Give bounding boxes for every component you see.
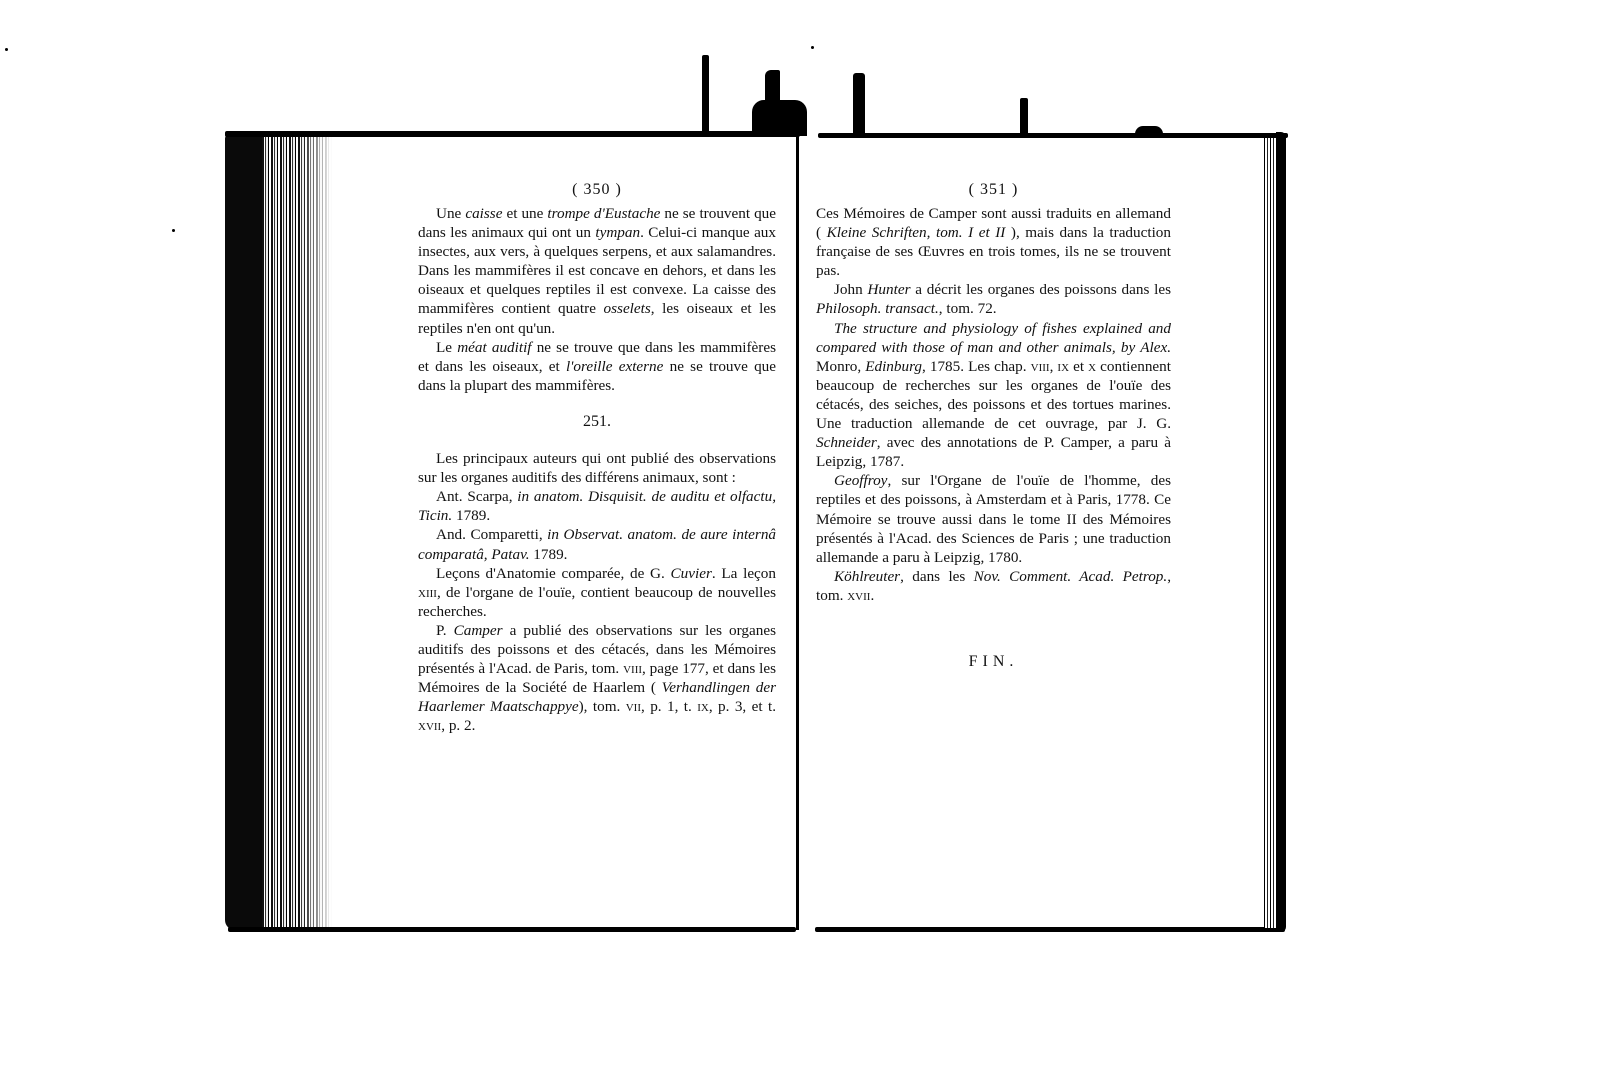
roman-numeral: xvii bbox=[847, 587, 870, 604]
italic-text: Verhandlingen der Haarlemer Maatschappye bbox=[418, 679, 776, 715]
italic-text: Camper bbox=[454, 622, 503, 639]
left-paragraphs: Une caisse et une trompe d'Eustache ne s… bbox=[418, 204, 776, 395]
right-page-text: ( 351 ) Ces Mémoires de Camper sont auss… bbox=[816, 180, 1171, 671]
scan-speck bbox=[811, 46, 814, 49]
roman-numeral: ix bbox=[697, 698, 709, 715]
italic-text: tympan bbox=[595, 224, 640, 241]
paragraph: Une caisse et une trompe d'Eustache ne s… bbox=[418, 204, 776, 338]
italic-text: Edinburg bbox=[865, 358, 922, 375]
paragraph: John Hunter a décrit les organes des poi… bbox=[816, 280, 1171, 318]
bibliography-list: Les principaux auteurs qui ont publié de… bbox=[418, 449, 776, 735]
book-gutter bbox=[796, 135, 799, 930]
scan-speck bbox=[172, 229, 175, 232]
left-page-text: ( 350 ) Une caisse et une trompe d'Eusta… bbox=[418, 180, 776, 735]
page-edges-left-fade bbox=[300, 136, 332, 928]
italic-text: Nov. Comment. Acad. Petrop. bbox=[974, 568, 1168, 585]
book-cover-right-edge bbox=[1276, 132, 1286, 932]
italic-text: Geoffroy bbox=[834, 472, 887, 489]
italic-text: caisse bbox=[465, 205, 502, 222]
roman-numeral: x bbox=[1088, 358, 1096, 375]
italic-text: Philosoph. transact. bbox=[816, 300, 939, 317]
paragraph: Les principaux auteurs qui ont publié de… bbox=[418, 449, 776, 487]
roman-numeral: viii bbox=[1031, 358, 1050, 375]
page-number: ( 350 ) bbox=[418, 180, 776, 202]
book-bottom-edge-left bbox=[228, 927, 796, 932]
paragraph: Leçons d'Anatomie comparée, de G. Cuvier… bbox=[418, 564, 776, 621]
bookmark-tab bbox=[1020, 98, 1028, 135]
italic-text: Kleine Schriften, tom. I et II bbox=[827, 224, 1006, 241]
italic-text: in anatom. Disquisit. de auditu et olfac… bbox=[418, 488, 776, 524]
roman-numeral: ix bbox=[1057, 358, 1069, 375]
book-bottom-edge-right bbox=[815, 927, 1285, 932]
italic-text: The structure and physiology of fishes e… bbox=[816, 320, 1171, 356]
bookmark-tab bbox=[1135, 126, 1163, 134]
italic-text: l'oreille externe bbox=[566, 358, 663, 375]
paragraph: Köhlreuter, dans les Nov. Comment. Acad.… bbox=[816, 567, 1171, 605]
bookmark-tab bbox=[765, 70, 780, 135]
paragraph: The structure and physiology of fishes e… bbox=[816, 319, 1171, 472]
section-number: 251. bbox=[418, 412, 776, 431]
right-paragraphs: Ces Mémoires de Camper sont aussi tradui… bbox=[816, 204, 1171, 605]
paragraph: P. Camper a publié des observations sur … bbox=[418, 621, 776, 736]
italic-text: trompe d'Eustache bbox=[547, 205, 660, 222]
italic-text: Köhlreuter bbox=[834, 568, 900, 585]
italic-text: Schneider bbox=[816, 434, 877, 451]
page-edges-right bbox=[1264, 138, 1276, 928]
paragraph: Ces Mémoires de Camper sont aussi tradui… bbox=[816, 204, 1171, 280]
roman-numeral: xiii bbox=[418, 584, 437, 601]
paragraph: Ant. Scarpa, in anatom. Disquisit. de au… bbox=[418, 487, 776, 525]
paragraph: Geoffroy, sur l'Organe de l'ouïe de l'ho… bbox=[816, 471, 1171, 566]
italic-text: Cuvier bbox=[671, 565, 712, 582]
italic-text: méat auditif bbox=[457, 339, 531, 356]
page-number: ( 351 ) bbox=[816, 180, 1171, 202]
italic-text: Hunter bbox=[867, 281, 910, 298]
bookmark-tab bbox=[853, 73, 865, 135]
roman-numeral: xvii bbox=[418, 717, 441, 734]
paragraph: Le méat auditif ne se trouve que dans le… bbox=[418, 338, 776, 395]
bookmark-tab bbox=[702, 55, 709, 135]
paragraph: And. Comparetti, in Observat. anatom. de… bbox=[418, 525, 776, 563]
end-mark: FIN. bbox=[816, 652, 1171, 671]
italic-text: in Observat. anatom. de aure internâ com… bbox=[418, 526, 776, 562]
roman-numeral: viii bbox=[623, 660, 642, 677]
roman-numeral: vii bbox=[626, 698, 641, 715]
scan-speck bbox=[5, 48, 8, 51]
italic-text: osselets bbox=[604, 300, 651, 317]
